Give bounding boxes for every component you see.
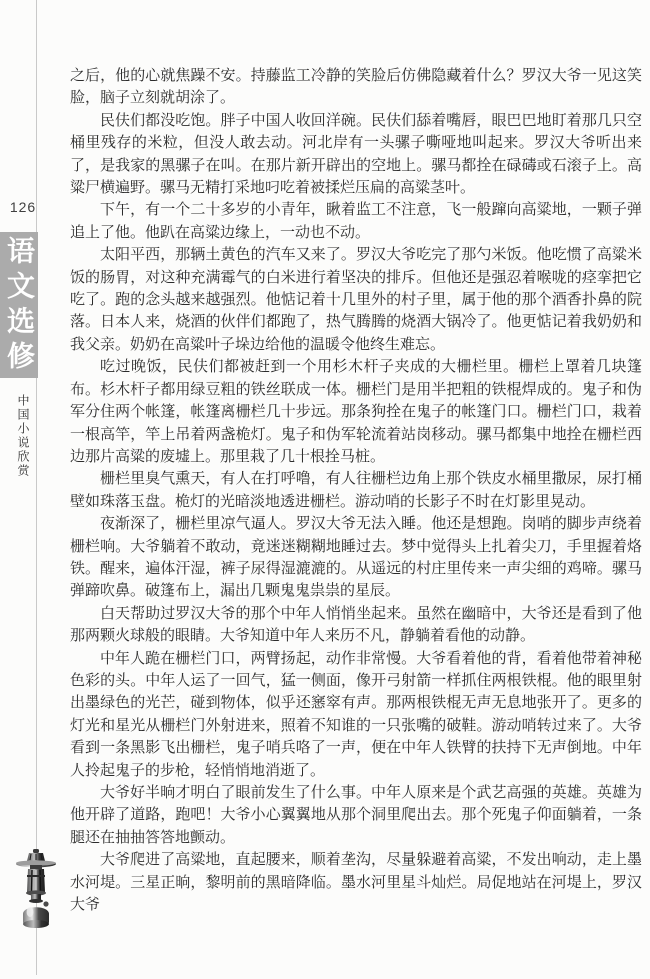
paragraph: 之后，他的心就焦躁不安。持藤监工冷静的笑脸后仿佛隐藏着什么？罗汉大爷一见这笑脸，… xyxy=(70,64,642,109)
paragraph: 大爷爬进了高粱地，直起腰来，顺着垄沟，尽量躲避着高粱，不发出响动，走上墨水河堤。… xyxy=(70,848,642,915)
gutter-rule xyxy=(36,0,37,975)
paragraph: 栅栏里臭气熏天，有人在打呼噜，有人往栅栏边角上那个铁皮水桶里撒尿，尿打桶壁如珠落… xyxy=(70,467,642,512)
book-page: { "page": { "number": "126", "sidebar": … xyxy=(0,0,650,979)
page-number: 126 xyxy=(9,199,37,215)
paragraph: 太阳平西，那辆土黄色的汽车又来了。罗汉大爷吃完了那勺米饭。他吃惯了高粱米饭的肠胃… xyxy=(70,243,642,355)
body-text: 之后，他的心就焦躁不安。持藤监工冷静的笑脸后仿佛隐藏着什么？罗汉大爷一见这笑脸，… xyxy=(70,64,642,915)
kerosene-lamp-icon xyxy=(15,848,57,938)
paragraph: 大爷好半晌才明白了眼前发生了什么事。中年人原来是个武艺高强的英雄。英雄为他开辟了… xyxy=(70,781,642,848)
paragraph: 夜渐深了，栅栏里凉气逼人。罗汉大爷无法入睡。他还是想跑。岗哨的脚步声绕着栅栏响。… xyxy=(70,512,642,602)
paragraph: 白天帮助过罗汉大爷的那个中年人悄悄坐起来。虽然在幽暗中，大爷还是看到了他那两颗火… xyxy=(70,602,642,647)
paragraph: 民伕们都没吃饱。胖子中国人收回洋碗。民伕们舔着嘴唇，眼巴巴地盯着那几只空桶里残存… xyxy=(70,109,642,199)
series-banner-text: 语文选修 xyxy=(0,236,38,376)
paragraph: 中年人跪在栅栏门口，两臂扬起，动作非常慢。大爷看着他的背，看着他带着神秘色彩的头… xyxy=(70,647,642,781)
paragraph: 下午，有一个二十多岁的小青年，瞅着监工不注意，飞一般蹿向高粱地，一颗子弹追上了他… xyxy=(70,198,642,243)
book-title-vertical: 中国小说欣赏 xyxy=(15,394,32,478)
paragraph: 吃过晚饭，民伕们都被赶到一个用杉木杆子夹成的大栅栏里。栅栏上罩着几块篷布。杉木杆… xyxy=(70,355,642,467)
series-banner: 语文选修 xyxy=(0,232,38,378)
